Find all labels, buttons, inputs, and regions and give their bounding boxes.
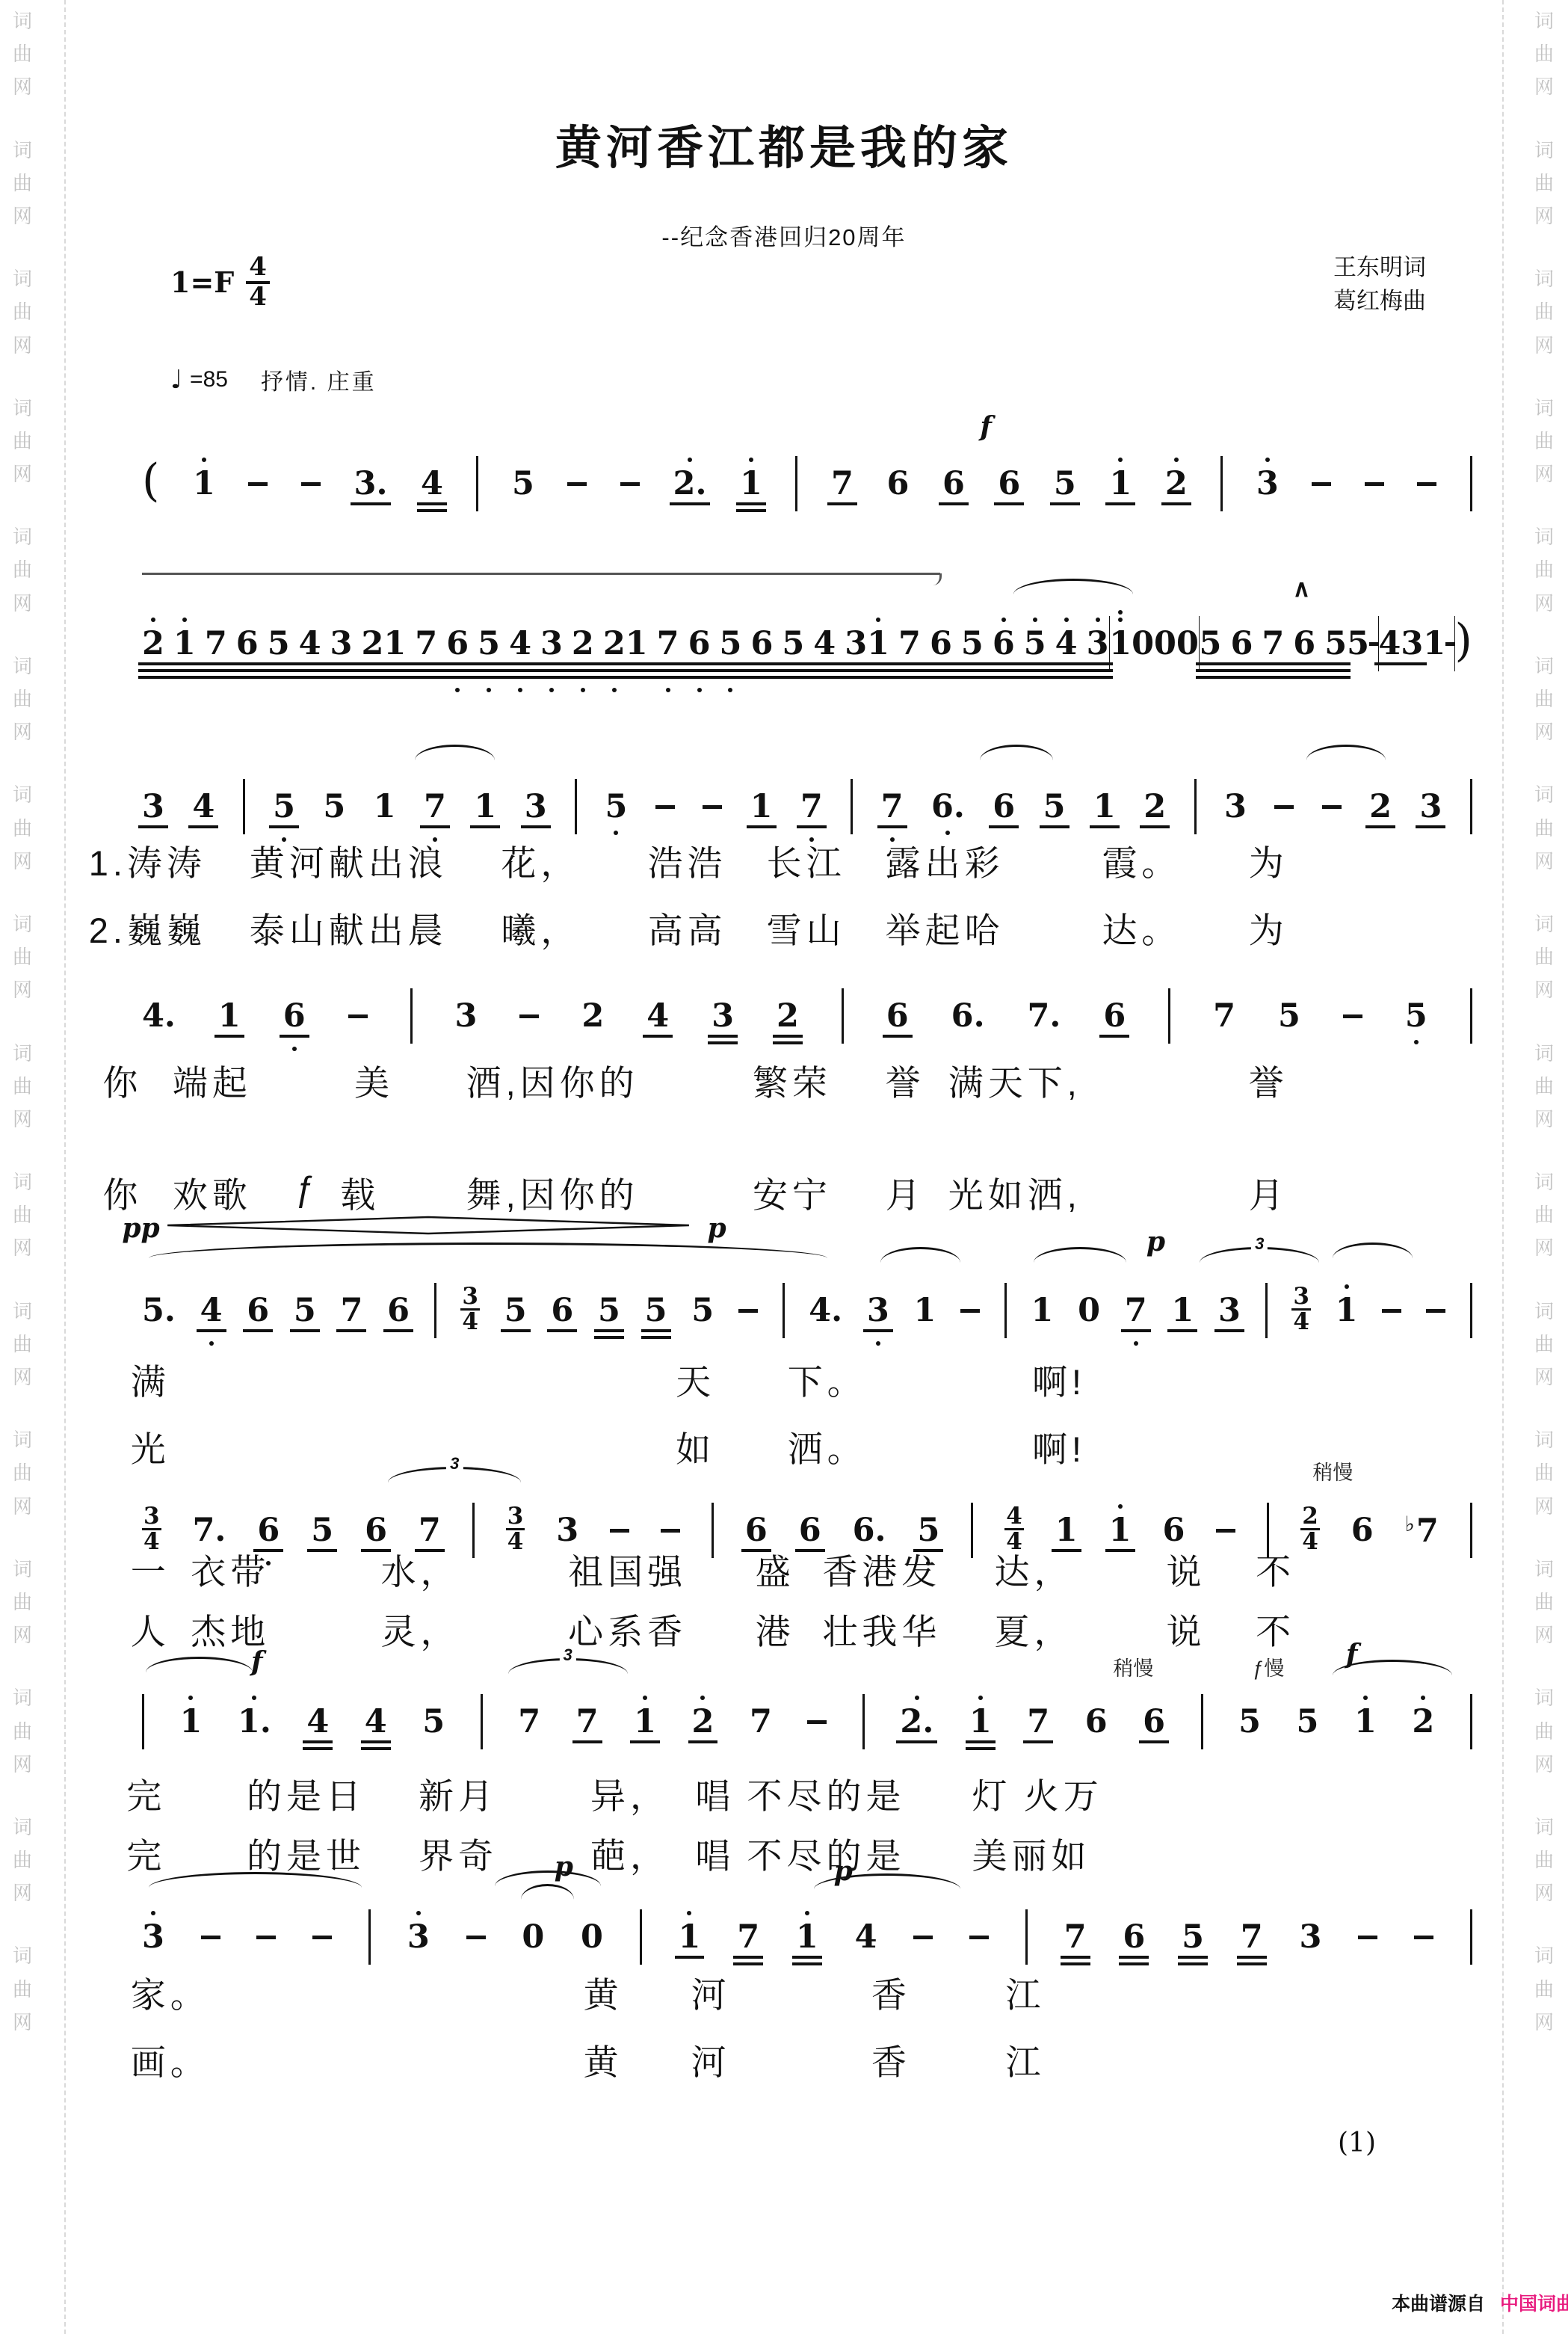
lyric-cell: 满天下, <box>948 1056 1081 1106</box>
right-edge-divider <box>1502 0 1504 2334</box>
note: 7. <box>1028 1000 1061 1032</box>
lyric-cell: 完 <box>126 1769 166 1819</box>
barline <box>842 988 844 1044</box>
note: 3 <box>1299 1921 1321 1953</box>
barline <box>1194 779 1197 834</box>
tempo-marking: ♩=85 抒情. 庄重 <box>170 363 377 396</box>
phrase-paren: ) <box>1455 615 1472 667</box>
lyric-cell: ƒ <box>295 1168 319 1209</box>
lyric-cell: 说 <box>1166 1545 1206 1595</box>
note: 1 <box>679 1921 701 1953</box>
lyric-cell: 举起哈 <box>886 903 1004 953</box>
watermark-text: 词曲网 <box>1534 520 1554 620</box>
note: 6 <box>1162 1515 1185 1547</box>
note-run-group: 17656543 <box>626 628 867 660</box>
tempo-text-mark: 稍慢 <box>1113 1652 1153 1681</box>
barline <box>1004 1283 1007 1338</box>
note: 6 <box>886 468 909 500</box>
note-run-group: 17656543 <box>867 628 1108 660</box>
lyric-cell: 不 <box>1256 1545 1295 1595</box>
note: 1 <box>374 791 396 823</box>
note: 5. <box>142 1295 176 1327</box>
duration-dash <box>466 1936 486 1939</box>
duration-dash <box>1417 482 1436 486</box>
note: 4 <box>421 468 443 500</box>
lyric-cell: 光 <box>131 1422 170 1472</box>
note: 1 <box>1055 1515 1078 1547</box>
note: 4 <box>200 1295 223 1327</box>
lyric-cell: 河 <box>691 1968 731 2018</box>
watermark-column-left: 词曲网词曲网词曲网词曲网词曲网词曲网词曲网词曲网词曲网词曲网词曲网词曲网词曲网词… <box>7 4 37 2334</box>
note: 6 <box>247 1295 269 1327</box>
barline <box>1201 1694 1203 1749</box>
note: 5 <box>1054 468 1076 500</box>
note: 3 <box>1401 628 1423 660</box>
lyric-cell: 高高 <box>648 903 727 953</box>
note: 1 <box>193 468 215 500</box>
lyric-cell: 灯 <box>972 1769 1012 1819</box>
lyric-cell: 下。 <box>788 1355 867 1405</box>
note: 7 <box>750 1706 772 1738</box>
note: 2. <box>900 1706 933 1738</box>
lyric-cell: 啊! <box>1032 1355 1086 1405</box>
lyric-cell: 火万 <box>1024 1769 1103 1819</box>
duration-dash <box>1426 1309 1445 1313</box>
note: 3 <box>525 791 547 823</box>
barline <box>862 1694 865 1749</box>
note: 6. <box>931 791 965 823</box>
inline-time-signature: 34 <box>1291 1285 1311 1334</box>
duration-dash <box>1312 482 1331 486</box>
note: 4 <box>365 1706 387 1738</box>
slur-mark <box>149 1243 827 1258</box>
note: 3 <box>1256 468 1279 500</box>
lyric-cell: 黄 <box>584 2035 623 2085</box>
note-run-group: 17654322 <box>383 628 625 660</box>
duration-dash <box>248 482 268 486</box>
lyric-cell: 端起 <box>173 1056 252 1106</box>
tempo-value: =85 <box>190 367 228 392</box>
lyric-cell: 祖国强 <box>568 1545 687 1595</box>
lyric-cell: 人 <box>131 1604 170 1654</box>
watermark-text: 词曲网 <box>13 1295 32 1394</box>
lyric-cell: 舞,因你的 <box>466 1168 639 1218</box>
lyric-row: 完的是日新月异，唱不尽的是灯火万 <box>75 1769 1472 1814</box>
phrase-line <box>142 573 940 575</box>
watermark-text: 词曲网 <box>1534 4 1554 104</box>
note: 1 <box>180 1706 203 1738</box>
lyric-cell: 新月 <box>419 1769 498 1819</box>
music-line: 3455171351776.6512323 <box>142 780 1472 833</box>
note: 7 <box>831 468 854 500</box>
lyric-cell: 说 <box>1166 1604 1206 1654</box>
note: 7 <box>1027 1706 1049 1738</box>
note: 3. <box>354 468 388 500</box>
duration-dash <box>1216 1529 1235 1533</box>
note: 1 <box>750 791 773 823</box>
lyric-cell: 达， <box>994 1545 1073 1595</box>
note: 1 <box>1109 1515 1132 1547</box>
duration-dash <box>610 1529 629 1533</box>
note: 0 <box>581 1921 603 1953</box>
music-line: f(13.452.176665123 <box>142 458 1472 510</box>
note: 3 <box>142 1921 164 1953</box>
watermark-text: 词曲网 <box>13 1037 32 1136</box>
lyric-cell: 露出彩 <box>886 836 1004 886</box>
note: 7 <box>576 1706 599 1738</box>
note: 7 <box>419 1515 441 1547</box>
note: 7 <box>340 1295 362 1327</box>
note: 6 <box>886 1000 909 1032</box>
note: 1 <box>474 791 496 823</box>
watermark-text: 词曲网 <box>13 1166 32 1265</box>
note: 5 <box>605 791 627 823</box>
slur-mark <box>415 745 495 760</box>
note: 2 <box>1143 791 1166 823</box>
note: 1 <box>1171 1295 1194 1327</box>
watermark-text: 词曲网 <box>1534 1295 1554 1394</box>
lyric-cell: 月 <box>886 1168 925 1218</box>
note: 4 <box>192 791 214 823</box>
barline <box>1220 456 1223 511</box>
lyric-cell: 异， <box>590 1769 670 1819</box>
song-title: 黄河香江都是我的家 <box>0 111 1568 177</box>
duration-dash <box>1343 1014 1362 1018</box>
lyric-cell: 家。 <box>131 1968 210 2018</box>
watermark-text: 词曲网 <box>13 1939 32 2039</box>
watermark-text: 词曲网 <box>13 1811 32 1910</box>
watermark-text: 词曲网 <box>13 520 32 620</box>
lyric-cell: 满 <box>131 1355 170 1405</box>
watermark-text: 词曲网 <box>13 392 32 491</box>
note: 7 <box>424 791 446 823</box>
lyricist-credit: 王东明词 <box>1333 251 1426 285</box>
duration-dash <box>960 1309 980 1313</box>
lyric-cell: 洒。 <box>788 1422 867 1472</box>
barline <box>1470 456 1472 511</box>
key-signature: 1=F 4 4 <box>170 254 270 310</box>
note: 6 <box>551 1295 573 1327</box>
barline <box>575 779 577 834</box>
note: 5 <box>1182 1921 1204 1953</box>
accent-mark: ∧ <box>1293 574 1310 603</box>
watermark-text: 词曲网 <box>13 4 32 104</box>
note: 1 <box>1031 1295 1053 1327</box>
time-signature: 4 4 <box>246 254 270 310</box>
music-line: ∧217654321765432217656543176565431000567… <box>142 618 1472 670</box>
note: 5 <box>917 1515 939 1547</box>
lyric-cell: 长江 <box>767 836 846 886</box>
music-line: pp3300171476573 <box>142 1911 1472 1963</box>
lyric-cell: 誉 <box>1249 1056 1288 1106</box>
quarter-note-icon: ♩ <box>170 365 182 395</box>
note: 0 <box>1132 628 1154 660</box>
note: 7 <box>1241 1921 1263 1953</box>
dynamic-mark: f <box>980 411 992 443</box>
lyric-row: 满天下。啊! <box>75 1355 1472 1400</box>
barline <box>783 1283 785 1338</box>
watermark-text: 词曲网 <box>1534 650 1554 749</box>
note: 2 <box>777 1000 799 1032</box>
note: 5 <box>512 468 534 500</box>
note: 7 <box>881 791 904 823</box>
footer-source-label: 本曲谱源自 <box>1392 2289 1485 2316</box>
triplet-mark: 3 <box>388 1467 521 1482</box>
lyric-cell: 衣带 <box>191 1545 270 1595</box>
note: 2 <box>692 1706 714 1738</box>
duration-dash <box>1322 805 1342 809</box>
note: 6 <box>1351 1515 1374 1547</box>
note: 7 <box>737 1921 759 1953</box>
duration-dash <box>620 482 640 486</box>
crescendo-decrescendo-hairpin <box>162 1216 694 1235</box>
lyric-row: 光如洒。啊! <box>75 1422 1472 1467</box>
lyric-cell: 欢歌 <box>173 1168 252 1218</box>
note: 6 <box>745 1515 768 1547</box>
lyric-cell: 如 <box>676 1422 715 1472</box>
lyric-cell: 雪山 <box>767 903 846 953</box>
note: 6 <box>387 1295 410 1327</box>
duration-dash <box>661 1529 680 1533</box>
lyric-cell: 光如洒, <box>948 1168 1081 1218</box>
note: 6 <box>283 1000 306 1032</box>
watermark-text: 词曲网 <box>1534 1939 1554 2039</box>
song-subtitle: --纪念香港回归20周年 <box>0 218 1568 252</box>
expression-marking: 抒情. 庄重 <box>261 363 377 396</box>
duration-dash <box>201 1936 220 1939</box>
barline <box>1265 1283 1268 1338</box>
note: 5 <box>691 1295 714 1327</box>
note: 5 <box>422 1706 445 1738</box>
note: 1 <box>969 1706 992 1738</box>
duration-dash <box>1358 1936 1377 1939</box>
note-run-group: 21765432 <box>142 628 383 660</box>
left-edge-divider <box>64 0 66 2334</box>
note: 3 <box>455 1000 478 1032</box>
watermark-text: 词曲网 <box>13 1553 32 1652</box>
key-label: 1=F <box>170 265 234 299</box>
lyric-cell: 美丽如 <box>972 1829 1091 1879</box>
lyric-row: 人杰地灵，心系香港壮我华夏，说不 <box>75 1604 1472 1649</box>
note: 5 <box>504 1295 527 1327</box>
barline <box>476 456 478 511</box>
barline <box>243 779 245 834</box>
barline <box>434 1283 436 1338</box>
duration-dash <box>1365 482 1384 486</box>
dynamic-mark: p <box>1146 1226 1165 1257</box>
note: 5 <box>294 1295 316 1327</box>
lyric-row: 2.巍巍泰山献出晨曦，高高雪山举起哈达。为 <box>75 903 1472 948</box>
watermark-text: 词曲网 <box>1534 1037 1554 1136</box>
lyric-cell: 香 <box>871 2035 911 2085</box>
note: 5 <box>1405 1000 1427 1032</box>
note: 5 <box>598 1295 620 1327</box>
inline-time-signature: 34 <box>460 1285 480 1334</box>
note: 1 <box>1354 1706 1377 1738</box>
watermark-text: 词曲网 <box>1534 392 1554 491</box>
duration-dash <box>655 805 675 809</box>
lyric-cell: 港 <box>756 1604 795 1654</box>
note: 4. <box>809 1295 842 1327</box>
duration-dash <box>1382 1309 1401 1313</box>
barline <box>851 779 853 834</box>
note: 1 <box>1423 628 1445 660</box>
slur-mark <box>1013 579 1133 594</box>
lyric-cell: 泰山献出晨 <box>250 903 448 953</box>
note: 1 <box>913 1295 936 1327</box>
note: 1 <box>1093 791 1116 823</box>
time-signature-numerator: 4 <box>246 254 270 284</box>
note: 5 <box>645 1295 667 1327</box>
note: 1. <box>238 1706 271 1738</box>
note: 6 <box>1103 1000 1126 1032</box>
barline <box>142 1694 144 1749</box>
barline <box>1470 1694 1472 1749</box>
barline <box>368 1909 371 1965</box>
note: 3 <box>142 791 164 823</box>
barline <box>1470 988 1472 1044</box>
lyric-cell: 2.巍巍 <box>89 903 206 953</box>
lyric-cell: 香 <box>871 1968 911 2018</box>
lyric-cell: 安宁 <box>753 1168 832 1218</box>
barline <box>1470 1909 1472 1965</box>
lyric-cell: 画。 <box>131 2035 210 2085</box>
slur-mark <box>1306 745 1386 760</box>
lyric-cell: 葩， <box>590 1829 670 1879</box>
lyric-cell: 灵， <box>381 1604 460 1654</box>
footer-site-link[interactable]: 中国词曲网 <box>1500 2289 1568 2316</box>
lyric-cell: 浩浩 <box>648 836 727 886</box>
time-signature-denominator: 4 <box>249 284 267 311</box>
watermark-text: 词曲网 <box>13 908 32 1007</box>
lyric-cell: 载 <box>340 1168 380 1218</box>
lyric-cell: 河 <box>691 2035 731 2085</box>
note: 1 <box>740 468 762 500</box>
watermark-text: 词曲网 <box>13 778 32 878</box>
note: 7 <box>1213 1000 1235 1032</box>
duration-dash <box>969 1936 989 1939</box>
watermark-text: 词曲网 <box>1534 262 1554 362</box>
lyric-cell: 黄河献出浪 <box>250 836 448 886</box>
lyric-cell: 誉 <box>886 1056 925 1106</box>
lyric-cell: 一 <box>131 1545 170 1595</box>
lyric-cell: 香港发 <box>822 1545 941 1595</box>
duration-dash <box>807 1720 827 1724</box>
lyric-cell: 1.涛涛 <box>89 836 206 886</box>
note: ♭7 <box>1405 1514 1439 1548</box>
note: 6 <box>998 468 1020 500</box>
lyric-cell: 繁荣 <box>753 1056 832 1106</box>
note: 1 <box>1109 628 1132 660</box>
slur-mark <box>880 1247 960 1263</box>
duration-dash <box>913 1936 933 1939</box>
watermark-column-right: 词曲网词曲网词曲网词曲网词曲网词曲网词曲网词曲网词曲网词曲网词曲网词曲网词曲网词… <box>1529 4 1559 2334</box>
barline <box>795 456 797 511</box>
watermark-text: 词曲网 <box>1534 1811 1554 1910</box>
music-line: pppp35.4657634565554.3110713341 <box>142 1284 1472 1337</box>
watermark-text: 词曲网 <box>13 262 32 362</box>
barline <box>1025 1909 1028 1965</box>
note: 5 <box>1278 1000 1300 1032</box>
note: 0 <box>1154 628 1176 660</box>
barline <box>481 1694 483 1749</box>
watermark-text: 词曲网 <box>13 1423 32 1523</box>
note: 3 <box>1419 791 1442 823</box>
duration-dash <box>256 1936 276 1939</box>
note: 6 <box>1123 1921 1145 1953</box>
lyric-row: 1.涛涛黄河献出浪花，浩浩长江露出彩霞。为 <box>75 836 1472 881</box>
note: 5 <box>323 791 345 823</box>
page-number: (1) <box>1338 2128 1376 2158</box>
lyric-cell: 啊! <box>1032 1422 1086 1472</box>
note: 6 <box>257 1515 280 1547</box>
note: 2 <box>1165 468 1188 500</box>
lyric-cell: 界奇 <box>419 1829 498 1879</box>
lyric-row: 家。黄河香江 <box>75 1968 1472 2013</box>
triplet-mark: 3 <box>508 1658 628 1674</box>
slur-mark <box>1333 1243 1413 1258</box>
note: 1 <box>796 1921 818 1953</box>
duration-dash <box>312 1936 332 1939</box>
tempo-text-mark: ƒ慢 <box>1253 1652 1284 1681</box>
note: 2. <box>673 468 707 500</box>
watermark-text: 词曲网 <box>1534 1681 1554 1781</box>
barline <box>1470 779 1472 834</box>
duration-dash <box>519 1014 539 1018</box>
lyric-cell: 壮我华 <box>822 1604 941 1654</box>
note: 4 <box>646 1000 669 1032</box>
note: 2 <box>581 1000 604 1032</box>
note: 6 <box>365 1515 387 1547</box>
note: 6 <box>799 1515 821 1547</box>
lyric-cell: 霞。 <box>1102 836 1181 886</box>
note: 6 <box>942 468 965 500</box>
note: 5 <box>1043 791 1066 823</box>
note: 3 <box>407 1921 430 1953</box>
duration-dash <box>703 805 722 809</box>
music-line: 4.163243266.7.6755 <box>142 990 1472 1042</box>
lyric-cell: 美 <box>354 1056 394 1106</box>
lyric-cell: 你 <box>102 1056 142 1106</box>
watermark-text: 词曲网 <box>13 650 32 749</box>
slur-mark <box>521 1884 574 1900</box>
slur-mark <box>146 1657 252 1672</box>
lyric-cell: 杰地 <box>191 1604 270 1654</box>
note: 6. <box>951 1000 985 1032</box>
dynamic-mark: p <box>708 1213 726 1244</box>
credits: 王东明词 葛红梅曲 <box>1333 251 1426 318</box>
note: 5 <box>1347 628 1369 660</box>
note: 4 <box>1378 628 1401 660</box>
lyric-cell: 的是日 <box>247 1769 365 1819</box>
note: 1 <box>634 1706 656 1738</box>
watermark-text: 词曲网 <box>1534 1423 1554 1523</box>
note: 4 <box>306 1706 329 1738</box>
music-line: f3稍慢ƒ慢f11.445771272.17665512 <box>142 1696 1472 1748</box>
note: 0 <box>1078 1295 1100 1327</box>
note: 5 <box>1297 1706 1319 1738</box>
note: 6 <box>993 791 1015 823</box>
lyric-cell: 达。 <box>1102 903 1181 953</box>
lyric-cell: 完 <box>126 1829 166 1879</box>
lyric-cell: 你 <box>102 1168 142 1218</box>
lyric-row: 你端起美酒,因你的繁荣誉满天下,誉 <box>75 1056 1472 1100</box>
note: 4 <box>855 1921 877 1953</box>
watermark-text: 词曲网 <box>1534 778 1554 878</box>
composer-credit: 葛红梅曲 <box>1333 285 1426 318</box>
lyric-cell: 夏， <box>994 1604 1073 1654</box>
note: 7 <box>1064 1921 1087 1953</box>
